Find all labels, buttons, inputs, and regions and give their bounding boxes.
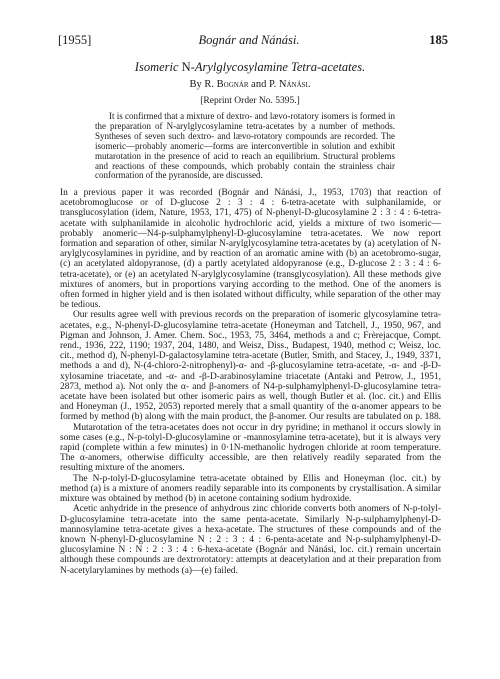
byline: By R. Bognár and P. Nánási. xyxy=(0,79,500,90)
article-body: In a previous paper it was recorded (Bog… xyxy=(60,188,441,576)
running-title: Bognár and Nánási. xyxy=(58,33,440,48)
paragraph: The N-p-tolyl-D-glucosylamine tetra-acet… xyxy=(60,474,441,505)
paragraph: In a previous paper it was recorded (Bog… xyxy=(60,188,441,310)
title-part: Isomeric xyxy=(135,60,182,74)
reprint-order: [Reprint Order No. 5395.] xyxy=(0,96,500,106)
page-number: 185 xyxy=(429,33,448,48)
article-title: Isomeric N-Arylglycosylamine Tetra-aceta… xyxy=(0,60,500,75)
paragraph: Acetic anhydride in the presence of anhy… xyxy=(60,504,441,575)
paragraph: Mutarotation of the tetra-acetates does … xyxy=(60,423,441,474)
byline-prefix: By xyxy=(190,79,205,90)
author: R. Bognár xyxy=(204,79,248,90)
author: P. Nánási. xyxy=(269,79,311,90)
abstract-text: It is confirmed that a mixture of dextro… xyxy=(95,112,395,181)
paragraph: Our results agree well with previous rec… xyxy=(60,310,441,422)
title-part: -Arylglycosylamine Tetra-acetates. xyxy=(191,60,366,74)
byline-and: and xyxy=(249,79,269,90)
running-header: [1955] Bognár and Nánási. 185 xyxy=(58,33,440,49)
abstract: It is confirmed that a mixture of dextro… xyxy=(95,112,395,181)
title-part: N xyxy=(182,60,191,74)
